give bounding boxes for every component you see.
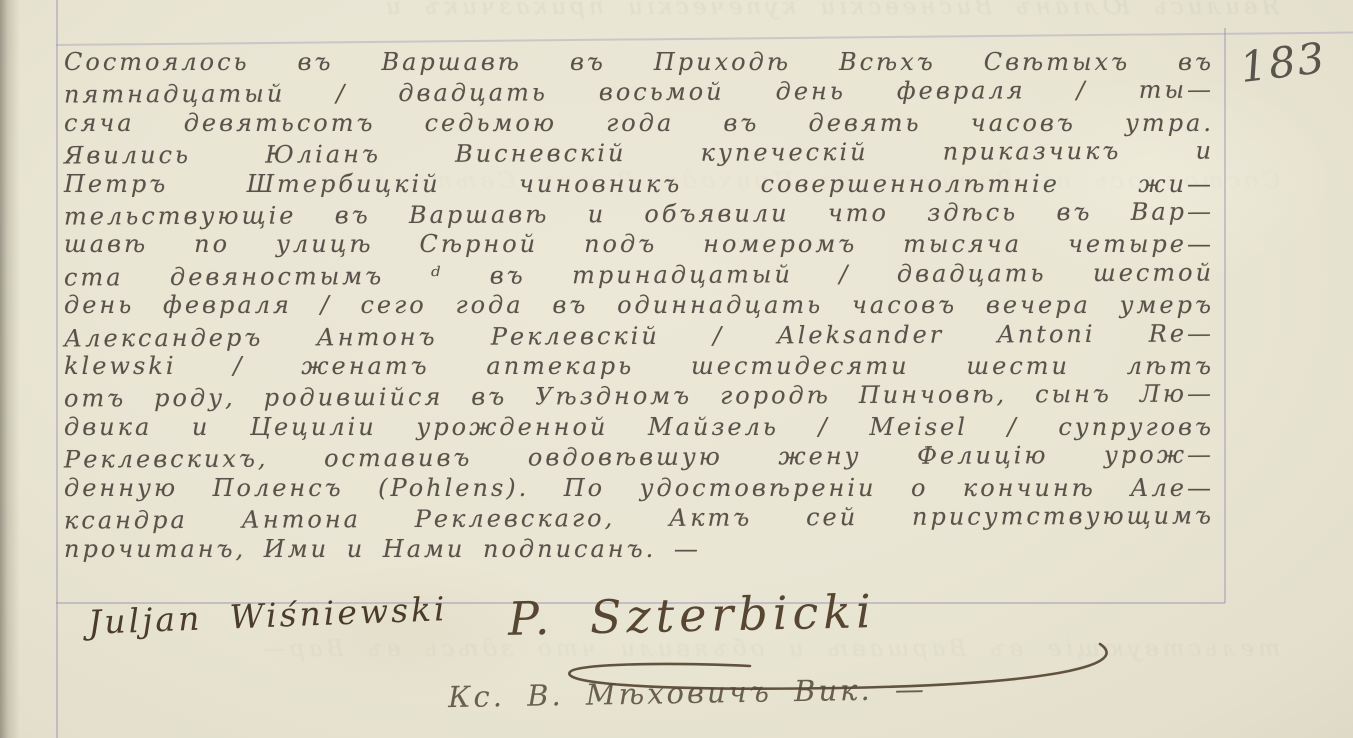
record-text-line: шавѣ по улицѣ Сѣрной подъ номеромъ тысяч…: [64, 229, 1214, 259]
record-text-line: прочитанъ, Ими и Нами подписанъ. —: [64, 534, 1214, 564]
record-text-line: Состоялось въ Варшавѣ въ Приходѣ Всѣхъ С…: [64, 47, 1214, 77]
record-text-line: пятнадцатый / двадцать восьмой день февр…: [64, 75, 1214, 110]
record-text-line: денную Поленсъ (Pohlens). По удостовѣрен…: [64, 473, 1214, 503]
record-text-line: двика и Цецилiи урожденной Майзель / Mei…: [64, 412, 1214, 442]
record-text-line: ксандра Антона Реклевскаго, Актъ сей при…: [64, 501, 1214, 536]
record-text-line: день февраля / сего года въ одиннадцать …: [64, 290, 1214, 320]
margin-rule-right: [1224, 28, 1226, 603]
binding-edge-shadow: [0, 0, 20, 738]
margin-rule-top: [56, 32, 1353, 46]
record-text-line: сяча девятьсотъ седьмою года въ девять ч…: [64, 108, 1214, 138]
record-text-line: ста девяностымъ ᵈ въ тринадцатый / двадц…: [64, 257, 1214, 292]
record-text-line: Петръ Штербицкій чиновникъ совершеннолѣт…: [64, 169, 1214, 199]
bleed-through-text: Явились Юліанъ Висневскій купеческій при…: [40, 0, 1280, 20]
record-text-line: отъ роду, родившійся въ Уѣздномъ городѣ …: [64, 379, 1214, 414]
record-text-line: Явились Юліанъ Висневскій купеческій при…: [64, 136, 1214, 171]
page-number: 183: [1237, 33, 1329, 92]
record-text-line: Александеръ Антонъ Реклевскій / Aleksand…: [64, 318, 1214, 353]
margin-rule-left: [56, 0, 58, 738]
record-text-line: Реклевскихъ, оставивъ овдовѣвшую жену Фе…: [64, 440, 1214, 475]
record-text-line: klewski / женатъ аптекарь шестидесяти ше…: [64, 351, 1214, 381]
record-text-block: Состоялось въ Варшавѣ въ Приходѣ Всѣхъ С…: [64, 47, 1214, 564]
signature-witness-2: P. Szterbicki: [507, 584, 876, 646]
signature-official-vicar: Кс. В. Мѣховичъ Вик. —: [448, 672, 927, 714]
record-text-line: тельствующіе въ Варшавѣ и объявили что з…: [64, 197, 1214, 232]
